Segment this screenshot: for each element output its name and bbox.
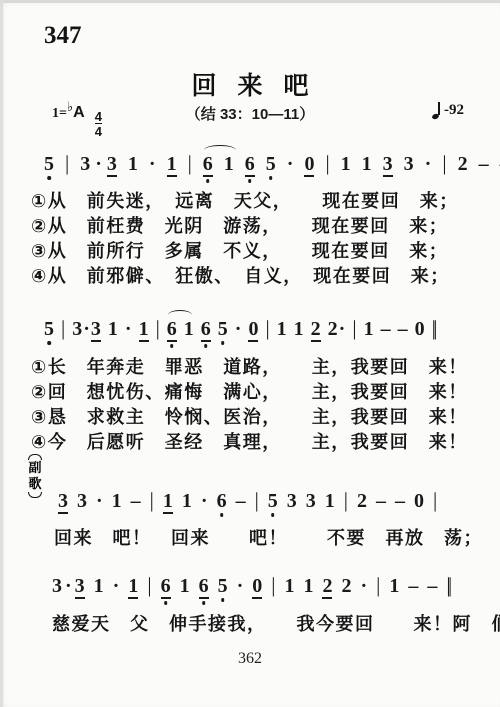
- bracket-bottom-icon: [28, 492, 42, 498]
- note: 1: [182, 491, 192, 511]
- augmentation-dot: ·: [113, 576, 120, 596]
- lyric-line: ①长 年奔走 罪恶 道路， 主，我要回 来！: [31, 355, 468, 380]
- lyric-line: ③从 前所行 多属 不义， 现在要回 来；: [31, 239, 459, 264]
- augmentation-dot: ·: [201, 491, 208, 511]
- note: 1: [180, 576, 190, 596]
- meter-denominator: 4: [95, 123, 102, 138]
- augmentation-dot: ·: [149, 154, 156, 174]
- note: 2: [357, 491, 367, 511]
- note: 1: [341, 154, 351, 174]
- augmentation-dot: ·: [425, 154, 432, 174]
- note: 1: [94, 576, 104, 596]
- duration-dash: –: [131, 491, 141, 511]
- note: 6: [199, 576, 209, 599]
- note: 6: [217, 491, 227, 511]
- slur-arc: 61: [203, 154, 245, 177]
- augmentation-dot: ·: [125, 319, 132, 339]
- note: 1: [364, 319, 374, 339]
- double-barline-icon: ||: [432, 318, 435, 339]
- note: 0: [252, 576, 262, 599]
- augmentation-dot: ·: [360, 576, 367, 596]
- double-barline-icon: ||: [446, 575, 449, 596]
- note: 5: [44, 319, 54, 339]
- duration-dash: –: [376, 491, 386, 511]
- duration-dash: –: [381, 319, 391, 339]
- note: 1: [112, 491, 122, 511]
- note: 5: [268, 491, 278, 511]
- final-lyric-line: 慈爱天 父 伸手接我， 我今要回 来！阿 们: [52, 610, 500, 636]
- note: 0: [415, 319, 425, 339]
- note: 3: [91, 319, 101, 342]
- lyric-line: ②回 想忧伤、痛悔 满心， 主，我要回 来！: [31, 380, 468, 405]
- duration-dash: –: [395, 491, 405, 511]
- verse-group-1: ①从 前失迷， 远离 天父， 现在要回 来； ②从 前枉费 光阴 游荡， 现在要…: [31, 189, 459, 289]
- note: 3: [72, 319, 82, 339]
- augmentation-dot: ·: [237, 576, 244, 596]
- barline-icon: |: [344, 490, 348, 511]
- barline-icon: |: [376, 575, 380, 596]
- note: 3: [77, 491, 87, 511]
- lyric-line: ③恳 求救主 怜悯、医治， 主，我要回 来！: [31, 405, 468, 430]
- augmentation-dot: ·: [287, 154, 294, 174]
- note: 1: [139, 319, 149, 342]
- note: 2: [458, 154, 468, 174]
- note: 1: [325, 491, 335, 511]
- lyric-line: ①从 前失迷， 远离 天父， 现在要回 来；: [31, 189, 459, 214]
- note: 1: [128, 154, 138, 174]
- note: 3: [75, 576, 85, 599]
- scripture-reference: （结 33：10—11）: [0, 103, 500, 124]
- note: 5: [218, 319, 228, 339]
- lyric-line: ④今 后愿听 圣经 真理， 主，我要回 来！: [31, 430, 468, 455]
- duration-dash: –: [427, 576, 437, 596]
- verse-group-2: ①长 年奔走 罪恶 道路， 主，我要回 来！ ②回 想忧伤、痛悔 满心， 主，我…: [31, 355, 468, 455]
- note: 1: [303, 576, 313, 596]
- barline-icon: |: [61, 318, 65, 339]
- note: 1: [167, 154, 177, 177]
- tempo-marking: -92: [432, 102, 464, 119]
- barline-icon: |: [255, 490, 259, 511]
- barline-icon: |: [325, 153, 329, 174]
- chorus-label-char: 歌: [28, 476, 41, 492]
- augmentation-dot: ·: [65, 576, 72, 596]
- note: 3: [306, 491, 316, 511]
- note: 1: [224, 154, 234, 174]
- slur-arc: 61: [167, 319, 201, 342]
- barline-icon: |: [271, 575, 275, 596]
- duration-dash: –: [236, 491, 246, 511]
- note: 5: [44, 154, 54, 174]
- note: 1: [128, 576, 138, 599]
- music-line-verse-2: 5|3·31·1|6165·0|1122·|1––0||: [44, 318, 442, 342]
- hymn-title: 回来吧: [0, 66, 500, 102]
- note: 1: [277, 319, 287, 339]
- note: 2: [341, 576, 351, 596]
- tempo-value: -92: [444, 102, 464, 119]
- note: 3: [58, 491, 68, 514]
- note: 0: [304, 154, 314, 177]
- augmentation-dot: ·: [83, 319, 90, 339]
- duration-dash: –: [479, 154, 489, 174]
- note: 2: [322, 576, 332, 599]
- music-line-verse-1: 5|3·31·1|6165·0|1133·|2––: [44, 153, 500, 177]
- note: 6: [161, 576, 171, 599]
- note: 1: [108, 319, 118, 339]
- note: 6: [203, 154, 213, 177]
- note: 6: [167, 319, 177, 342]
- note: 1: [389, 576, 399, 596]
- augmentation-dot: ·: [95, 154, 102, 174]
- barline-icon: |: [433, 490, 437, 511]
- augmentation-dot: ·: [339, 319, 346, 339]
- augmentation-dot: ·: [235, 319, 242, 339]
- barline-icon: |: [442, 153, 446, 174]
- note: 1: [284, 576, 294, 596]
- barline-icon: |: [352, 318, 356, 339]
- hymn-page: 347 回来吧 1=♭A44 （结 33：10—11） -92 5|3·31·1…: [0, 0, 500, 707]
- note: 1: [362, 154, 372, 174]
- music-line-final: 3·31·1|6165·0|1122·|1––||: [52, 575, 459, 599]
- note: 1: [163, 491, 173, 514]
- lyric-line: ④从 前邪僻、 狂傲、 自义， 现在要回 来；: [31, 264, 459, 289]
- music-line-chorus: 33·1–|11·6–|5331|2––0|: [58, 490, 446, 514]
- note: 1: [294, 319, 304, 339]
- note: 5: [218, 576, 228, 596]
- note: 2: [311, 319, 321, 342]
- barline-icon: |: [188, 153, 192, 174]
- duration-dash: –: [398, 319, 408, 339]
- hymn-number: 347: [44, 22, 82, 50]
- barline-icon: |: [265, 318, 269, 339]
- page-number: 362: [0, 650, 500, 668]
- augmentation-dot: ·: [96, 491, 103, 511]
- lyric-line: ②从 前枉费 光阴 游荡， 现在要回 来；: [31, 214, 459, 239]
- quarter-note-icon: [432, 102, 441, 119]
- chorus-lyric-line: 回来 吧！ 回来 吧！ 不要 再放 荡；: [54, 524, 483, 550]
- barline-icon: |: [65, 153, 69, 174]
- note: 3: [80, 154, 90, 174]
- barline-icon: |: [156, 318, 160, 339]
- duration-dash: –: [408, 576, 418, 596]
- note: 0: [248, 319, 258, 342]
- note: 3: [404, 154, 414, 174]
- chorus-label-char: 副: [28, 460, 41, 476]
- note: 3: [107, 154, 117, 177]
- note: 2: [328, 319, 338, 339]
- note: 6: [201, 319, 211, 342]
- chorus-label: 副 歌: [28, 454, 42, 498]
- note: 3: [383, 154, 393, 177]
- note: 6: [245, 154, 255, 177]
- note: 3: [52, 576, 62, 596]
- note: 3: [287, 491, 297, 511]
- note: 0: [414, 491, 424, 511]
- barline-icon: |: [147, 575, 151, 596]
- note: 1: [184, 319, 194, 339]
- barline-icon: |: [150, 490, 154, 511]
- note: 5: [266, 154, 276, 174]
